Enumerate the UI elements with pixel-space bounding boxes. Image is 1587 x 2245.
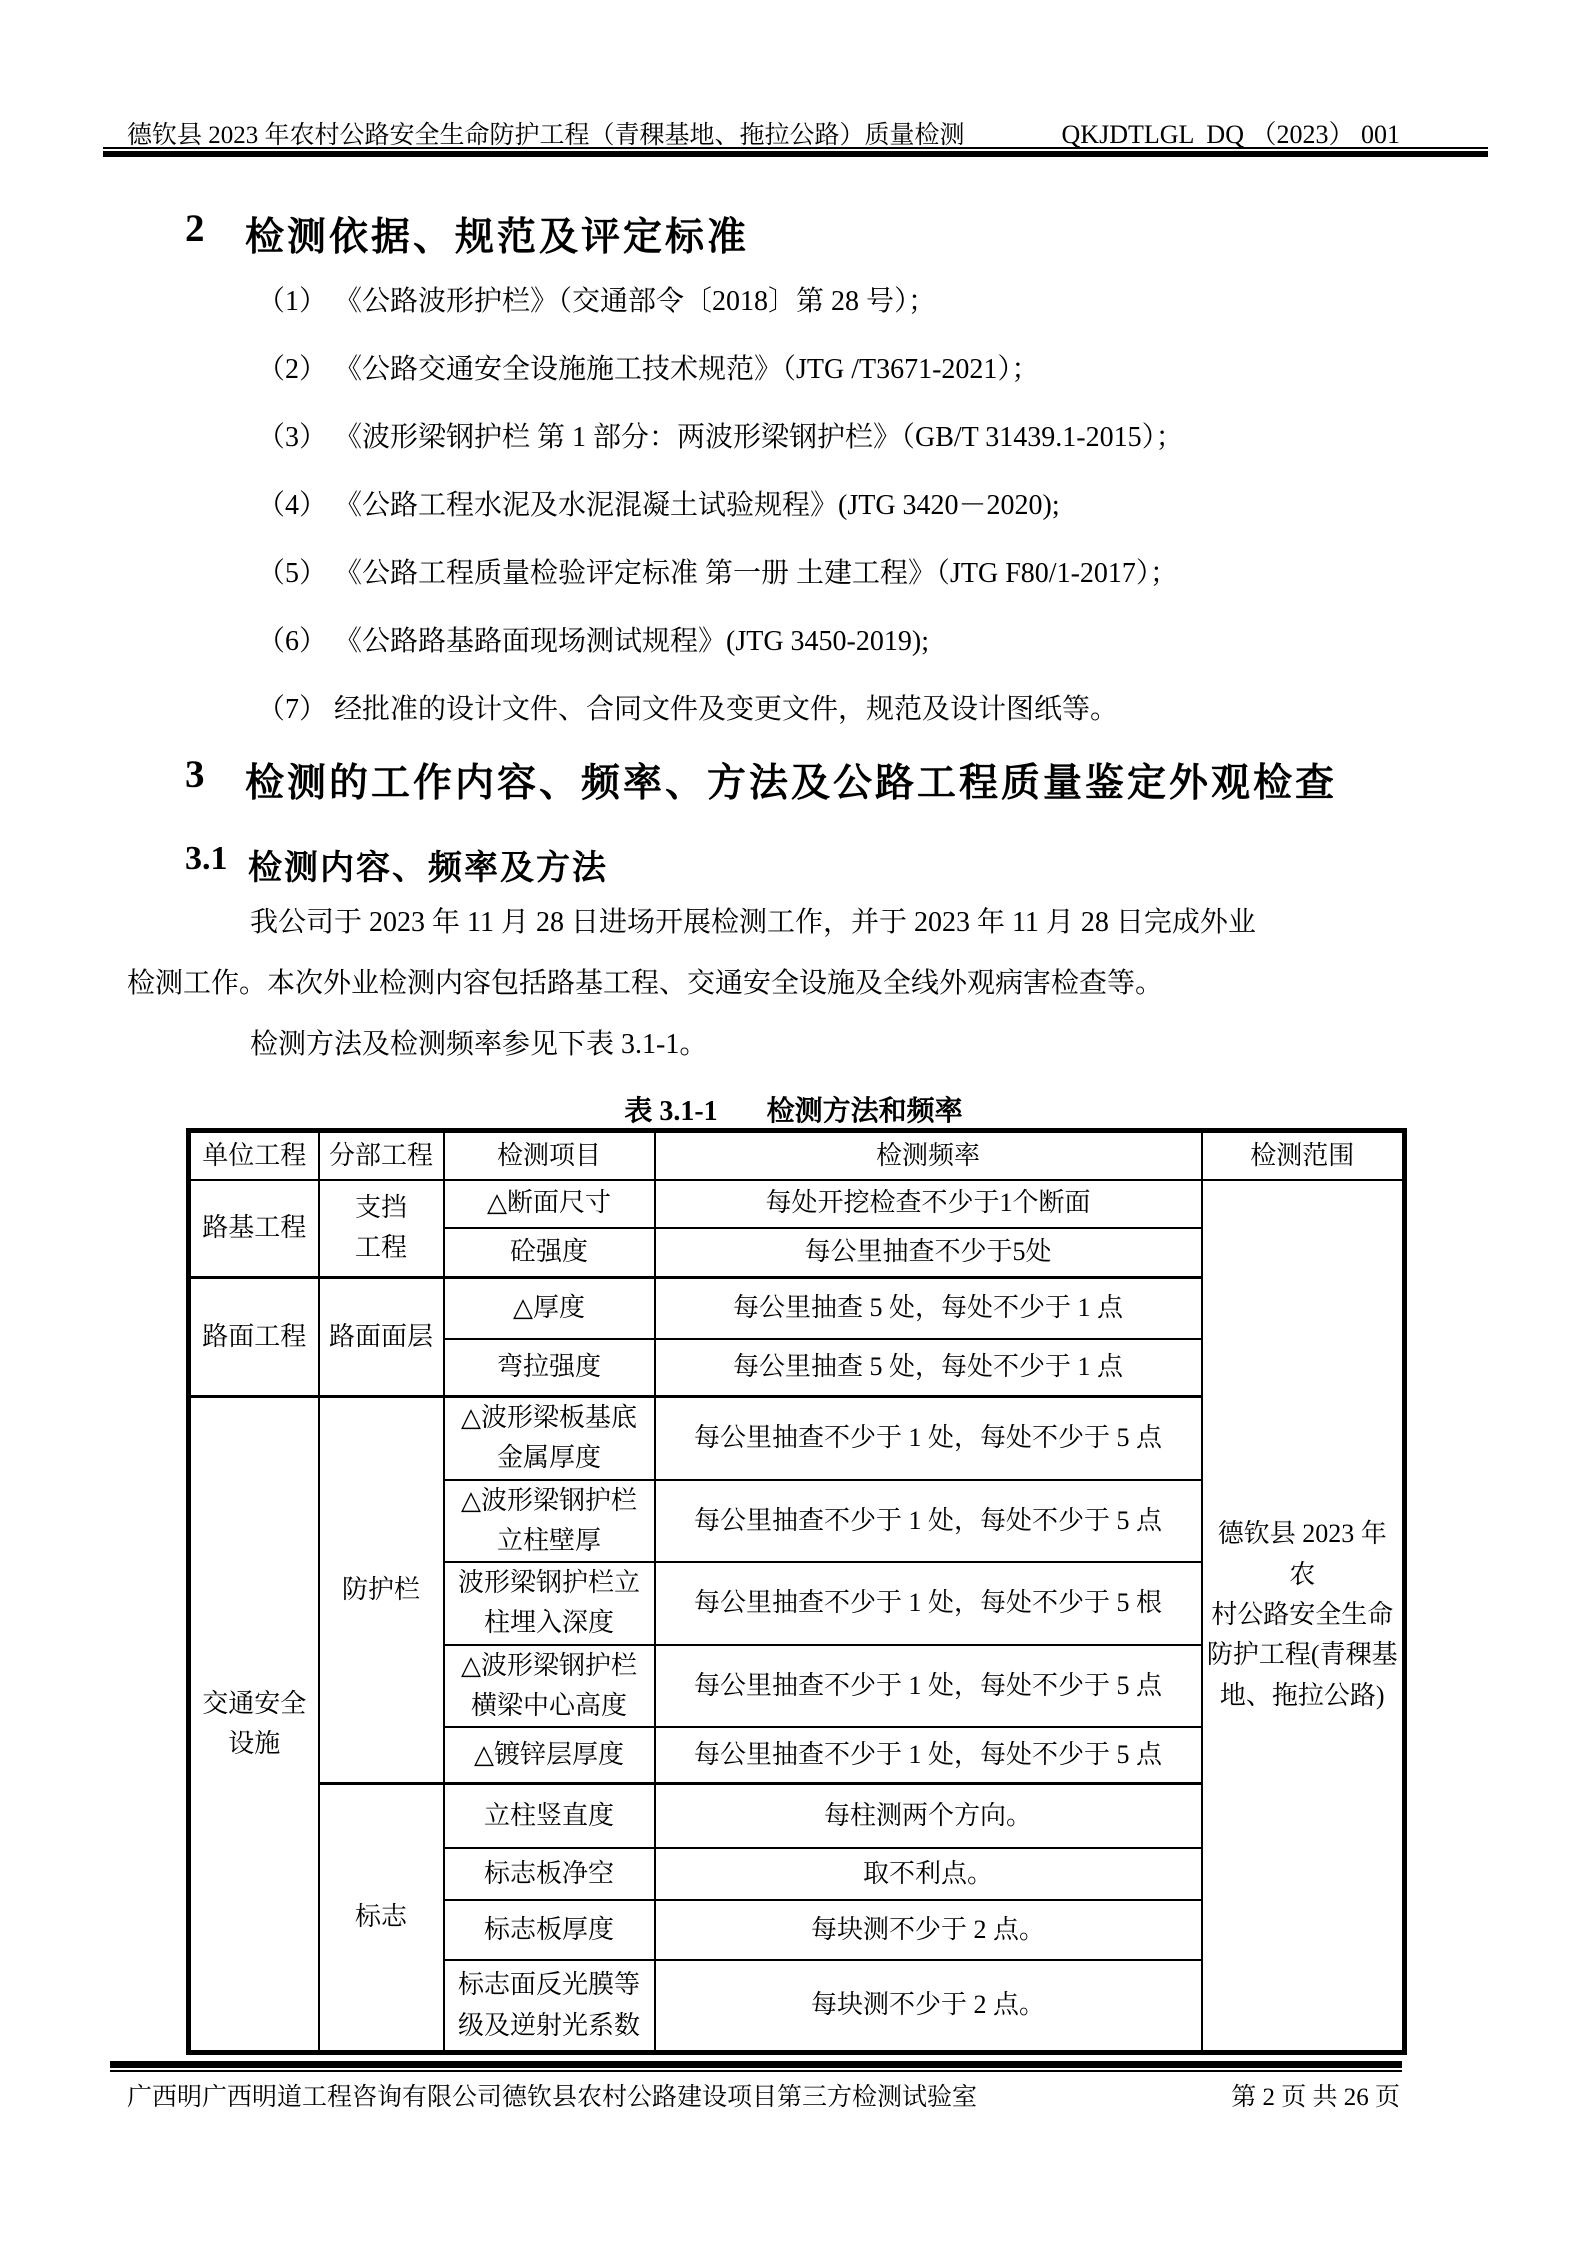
part-cell-retaining-works: 支挡 工程 xyxy=(319,1180,444,1278)
item-cell: △波形梁钢护栏 横梁中心高度 xyxy=(444,1645,655,1728)
freq-cell: 取不利点。 xyxy=(655,1848,1202,1900)
header-rule-thin-line xyxy=(103,147,1488,149)
item-cell: 弯拉强度 xyxy=(444,1339,655,1397)
section-3-1-heading: 3.1 检测内容、频率及方法 xyxy=(185,840,608,889)
table-header-row: 单位工程 分部工程 检测项目 检测频率 检测范围 xyxy=(189,1131,1405,1180)
item-cell: △镀锌层厚度 xyxy=(444,1727,655,1783)
table-caption-title: 检测方法和频率 xyxy=(767,1096,963,1127)
header-doc-number: QKJDTLGL DQ （2023） 001 xyxy=(1062,114,1400,151)
freq-cell: 每公里抽查不少于 1 处，每处不少于 5 点 xyxy=(655,1727,1202,1783)
column-header-inspection-item: 检测项目 xyxy=(444,1131,655,1180)
section-3-title: 检测的工作内容、频率、方法及公路工程质量鉴定外观检查 xyxy=(245,752,1337,808)
footer-company: 广西明广西明道工程咨询有限公司德钦县农村公路建设项目第三方检测试验室 xyxy=(127,2077,977,2113)
item-cell: △波形梁钢护栏 立柱壁厚 xyxy=(444,1480,655,1563)
paragraph-line-3: 检测方法及检测频率参见下表 3.1-1。 xyxy=(127,1014,1472,1075)
section-3-1-number: 3.1 xyxy=(185,840,248,889)
freq-cell: 每块测不少于 2 点。 xyxy=(655,1900,1202,1960)
item-cell: 砼强度 xyxy=(444,1228,655,1278)
item-cell: △波形梁板基底 金属厚度 xyxy=(444,1397,655,1480)
freq-cell: 每公里抽查不少于 1 处，每处不少于 5 点 xyxy=(655,1397,1202,1480)
document-page: 德钦县 2023 年农村公路安全生命防护工程（青稞基地、拖拉公路）质量检测 QK… xyxy=(0,0,1587,2245)
scope-cell: 德钦县 2023 年农 村公路安全生命 防护工程(青稞基 地、拖拉公路) xyxy=(1202,1180,1405,2053)
freq-cell: 每公里抽查不少于5处 xyxy=(655,1228,1202,1278)
section-2-number: 2 xyxy=(185,206,245,262)
reference-item-7: （7） 经批准的设计文件、合同文件及变更文件，规范及设计图纸等。 xyxy=(127,676,1467,744)
column-header-inspection-scope: 检测范围 xyxy=(1202,1131,1405,1180)
item-cell: 标志板厚度 xyxy=(444,1900,655,1960)
freq-cell: 每柱测两个方向。 xyxy=(655,1783,1202,1848)
freq-cell: 每公里抽查不少于 1 处，每处不少于 5 根 xyxy=(655,1562,1202,1645)
table-caption-label: 表 3.1-1 xyxy=(624,1096,717,1127)
column-header-inspection-frequency: 检测频率 xyxy=(655,1131,1202,1180)
section-3-heading: 3 检测的工作内容、频率、方法及公路工程质量鉴定外观检查 xyxy=(185,752,1337,808)
item-cell: △断面尺寸 xyxy=(444,1180,655,1228)
reference-item-3: （3） 《波形梁钢护栏 第 1 部分：两波形梁钢护栏》（GB/T 31439.1… xyxy=(127,404,1467,472)
header-rule xyxy=(103,147,1488,157)
section-2-title: 检测依据、规范及评定标准 xyxy=(245,206,749,262)
header-rule-thick-line xyxy=(103,151,1488,157)
reference-item-5: （5） 《公路工程质量检验评定标准 第一册 土建工程》（JTG F80/1-20… xyxy=(127,540,1467,608)
reference-list: （1） 《公路波形护栏》（交通部令〔2018〕第 28 号）； （2） 《公路交… xyxy=(127,268,1467,744)
freq-cell: 每公里抽查 5 处，每处不少于 1 点 xyxy=(655,1278,1202,1339)
table-row: 路基工程 支挡 工程 △断面尺寸 每处开挖检查不少于1个断面 德钦县 2023 … xyxy=(189,1180,1405,1228)
part-cell-signs: 标志 xyxy=(319,1783,444,2052)
reference-item-6: （6） 《公路路基路面现场测试规程》(JTG 3450-2019); xyxy=(127,608,1467,676)
footer-rule-thick-line xyxy=(110,2061,1402,2068)
paragraph-line-1: 我公司于 2023 年 11 月 28 日进场开展检测工作，并于 2023 年 … xyxy=(127,892,1472,953)
reference-item-4: （4） 《公路工程水泥及水泥混凝土试验规程》(JTG 3420－2020); xyxy=(127,472,1467,540)
footer-rule-thin-line xyxy=(110,2070,1402,2072)
section-3-1-title: 检测内容、频率及方法 xyxy=(248,840,608,889)
paragraph-line-2: 检测工作。本次外业检测内容包括路基工程、交通安全设施及全线外观病害检查等。 xyxy=(127,953,1472,1014)
unit-cell-pavement: 路面工程 xyxy=(189,1278,319,1397)
footer-page-number: 第 2 页 共 26 页 xyxy=(1231,2077,1400,2113)
freq-cell: 每公里抽查 5 处，每处不少于 1 点 xyxy=(655,1339,1202,1397)
item-cell: 立柱竖直度 xyxy=(444,1783,655,1848)
unit-cell-traffic-safety: 交通安全 设施 xyxy=(189,1397,319,2053)
section-2-heading: 2 检测依据、规范及评定标准 xyxy=(185,206,749,262)
freq-cell: 每公里抽查不少于 1 处，每处不少于 5 点 xyxy=(655,1645,1202,1728)
part-cell-surface-layer: 路面面层 xyxy=(319,1278,444,1397)
footer-rule xyxy=(110,2061,1402,2072)
part-cell-guardrail: 防护栏 xyxy=(319,1397,444,1784)
page-footer: 广西明广西明道工程咨询有限公司德钦县农村公路建设项目第三方检测试验室 第 2 页… xyxy=(127,2077,1400,2113)
freq-cell: 每处开挖检查不少于1个断面 xyxy=(655,1180,1202,1228)
item-cell: 标志面反光膜等 级及逆射光系数 xyxy=(444,1960,655,2052)
freq-cell: 每公里抽查不少于 1 处，每处不少于 5 点 xyxy=(655,1480,1202,1563)
column-header-unit-project: 单位工程 xyxy=(189,1131,319,1180)
inspection-table: 单位工程 分部工程 检测项目 检测频率 检测范围 路基工程 支挡 工程 △断面尺… xyxy=(186,1128,1407,2055)
column-header-sub-project: 分部工程 xyxy=(319,1131,444,1180)
page-header: 德钦县 2023 年农村公路安全生命防护工程（青稞基地、拖拉公路）质量检测 QK… xyxy=(127,114,1400,151)
header-project-title: 德钦县 2023 年农村公路安全生命防护工程（青稞基地、拖拉公路）质量检测 xyxy=(127,115,965,151)
table-caption: 表 3.1-1 检测方法和频率 xyxy=(0,1089,1587,1129)
unit-cell-roadbed: 路基工程 xyxy=(189,1180,319,1278)
body-paragraph: 我公司于 2023 年 11 月 28 日进场开展检测工作，并于 2023 年 … xyxy=(127,892,1472,1075)
reference-item-1: （1） 《公路波形护栏》（交通部令〔2018〕第 28 号）； xyxy=(127,268,1467,336)
reference-item-2: （2） 《公路交通安全设施施工技术规范》（JTG /T3671-2021）； xyxy=(127,336,1467,404)
section-3-number: 3 xyxy=(185,752,245,808)
freq-cell: 每块测不少于 2 点。 xyxy=(655,1960,1202,2052)
item-cell: 波形梁钢护栏立 柱埋入深度 xyxy=(444,1562,655,1645)
item-cell: 标志板净空 xyxy=(444,1848,655,1900)
item-cell: △厚度 xyxy=(444,1278,655,1339)
